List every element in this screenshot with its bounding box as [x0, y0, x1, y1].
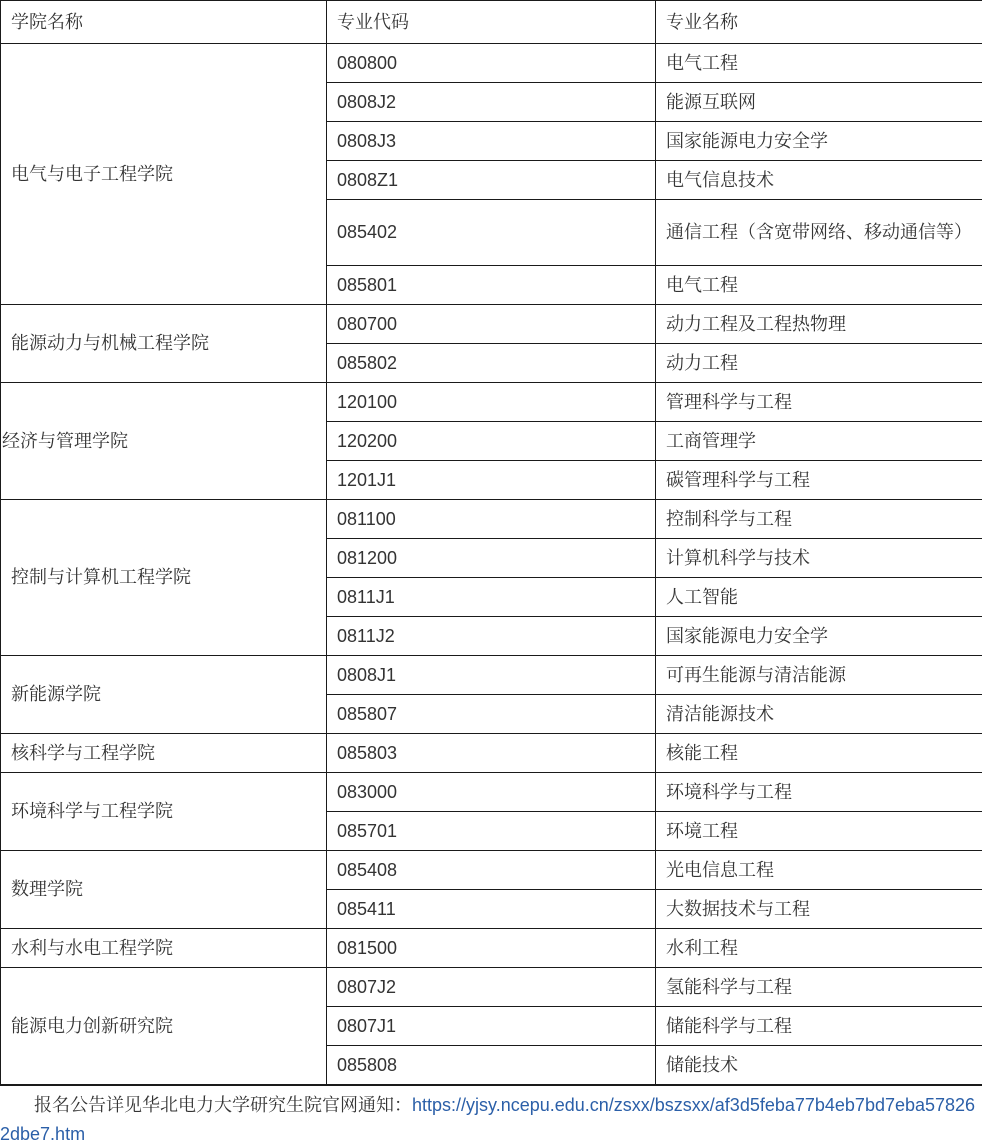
- major-name-cell: 电气工程: [656, 266, 982, 305]
- page: 学院名称 专业代码 专业名称 电气与电子工程学院 080800 电气工程 080…: [0, 0, 982, 1147]
- major-code-cell: 0808J3: [327, 122, 656, 161]
- major-name-cell: 工商管理学: [656, 422, 982, 461]
- table-row: 数理学院 085408 光电信息工程: [1, 851, 982, 890]
- major-code-cell: 080700: [327, 305, 656, 344]
- major-code-cell: 0811J2: [327, 617, 656, 656]
- major-name-cell: 通信工程（含宽带网络、移动通信等）: [656, 200, 982, 266]
- major-name-cell: 动力工程: [656, 344, 982, 383]
- major-name-cell: 光电信息工程: [656, 851, 982, 890]
- major-code-cell: 083000: [327, 773, 656, 812]
- major-name-cell: 计算机科学与技术: [656, 539, 982, 578]
- major-code-cell: 1201J1: [327, 461, 656, 500]
- major-name-cell: 储能技术: [656, 1046, 982, 1085]
- college-cell: 核科学与工程学院: [1, 734, 327, 773]
- table-row: 能源动力与机械工程学院 080700 动力工程及工程热物理: [1, 305, 982, 344]
- major-code-cell: 0807J1: [327, 1007, 656, 1046]
- major-name-cell: 可再生能源与清洁能源: [656, 656, 982, 695]
- college-cell: 经济与管理学院: [1, 383, 327, 500]
- major-name-cell: 大数据技术与工程: [656, 890, 982, 929]
- college-cell: 新能源学院: [1, 656, 327, 734]
- table-row: 经济与管理学院 120100 管理科学与工程: [1, 383, 982, 422]
- major-code-cell: 120100: [327, 383, 656, 422]
- major-name-cell: 电气信息技术: [656, 161, 982, 200]
- footer-note: 报名公告详见华北电力大学研究生院官网通知：https://yjsy.ncepu.…: [0, 1091, 982, 1147]
- major-code-cell: 085411: [327, 890, 656, 929]
- college-cell: 能源动力与机械工程学院: [1, 305, 327, 383]
- major-name-cell: 电气工程: [656, 44, 982, 83]
- major-name-cell: 储能科学与工程: [656, 1007, 982, 1046]
- table-row: 水利与水电工程学院 081500 水利工程: [1, 929, 982, 968]
- table-header-row: 学院名称 专业代码 专业名称: [1, 1, 982, 44]
- major-name-cell: 国家能源电力安全学: [656, 122, 982, 161]
- major-name-cell: 人工智能: [656, 578, 982, 617]
- college-cell: 水利与水电工程学院: [1, 929, 327, 968]
- major-name-cell: 核能工程: [656, 734, 982, 773]
- table-row: 电气与电子工程学院 080800 电气工程: [1, 44, 982, 83]
- major-code-cell: 085701: [327, 812, 656, 851]
- major-name-cell: 环境工程: [656, 812, 982, 851]
- footer-note-text: 报名公告详见华北电力大学研究生院官网通知：: [34, 1095, 412, 1115]
- major-code-cell: 085808: [327, 1046, 656, 1085]
- college-cell: 数理学院: [1, 851, 327, 929]
- table-row: 核科学与工程学院 085803 核能工程: [1, 734, 982, 773]
- major-name-cell: 水利工程: [656, 929, 982, 968]
- major-code-cell: 081500: [327, 929, 656, 968]
- major-name-cell: 动力工程及工程热物理: [656, 305, 982, 344]
- major-code-cell: 085402: [327, 200, 656, 266]
- major-name-cell: 国家能源电力安全学: [656, 617, 982, 656]
- major-name-cell: 清洁能源技术: [656, 695, 982, 734]
- major-code-cell: 0807J2: [327, 968, 656, 1007]
- major-code-cell: 0808J2: [327, 83, 656, 122]
- college-cell: 控制与计算机工程学院: [1, 500, 327, 656]
- header-major-name: 专业名称: [656, 1, 982, 44]
- major-code-cell: 080800: [327, 44, 656, 83]
- college-cell: 能源电力创新研究院: [1, 968, 327, 1085]
- major-name-cell: 管理科学与工程: [656, 383, 982, 422]
- major-code-cell: 085803: [327, 734, 656, 773]
- major-code-cell: 081200: [327, 539, 656, 578]
- major-code-cell: 081100: [327, 500, 656, 539]
- majors-table: 学院名称 专业代码 专业名称 电气与电子工程学院 080800 电气工程 080…: [0, 0, 982, 1086]
- table-row: 环境科学与工程学院 083000 环境科学与工程: [1, 773, 982, 812]
- table-row: 能源电力创新研究院 0807J2 氢能科学与工程: [1, 968, 982, 1007]
- major-code-cell: 0811J1: [327, 578, 656, 617]
- college-cell: 环境科学与工程学院: [1, 773, 327, 851]
- major-name-cell: 控制科学与工程: [656, 500, 982, 539]
- major-name-cell: 碳管理科学与工程: [656, 461, 982, 500]
- college-cell: 电气与电子工程学院: [1, 44, 327, 305]
- major-name-cell: 氢能科学与工程: [656, 968, 982, 1007]
- header-college: 学院名称: [1, 1, 327, 44]
- major-code-cell: 0808Z1: [327, 161, 656, 200]
- header-major-code: 专业代码: [327, 1, 656, 44]
- major-code-cell: 085802: [327, 344, 656, 383]
- major-name-cell: 环境科学与工程: [656, 773, 982, 812]
- table-row: 控制与计算机工程学院 081100 控制科学与工程: [1, 500, 982, 539]
- major-code-cell: 120200: [327, 422, 656, 461]
- major-code-cell: 085801: [327, 266, 656, 305]
- table-row: 新能源学院 0808J1 可再生能源与清洁能源: [1, 656, 982, 695]
- major-code-cell: 085408: [327, 851, 656, 890]
- major-code-cell: 085807: [327, 695, 656, 734]
- major-name-cell: 能源互联网: [656, 83, 982, 122]
- major-code-cell: 0808J1: [327, 656, 656, 695]
